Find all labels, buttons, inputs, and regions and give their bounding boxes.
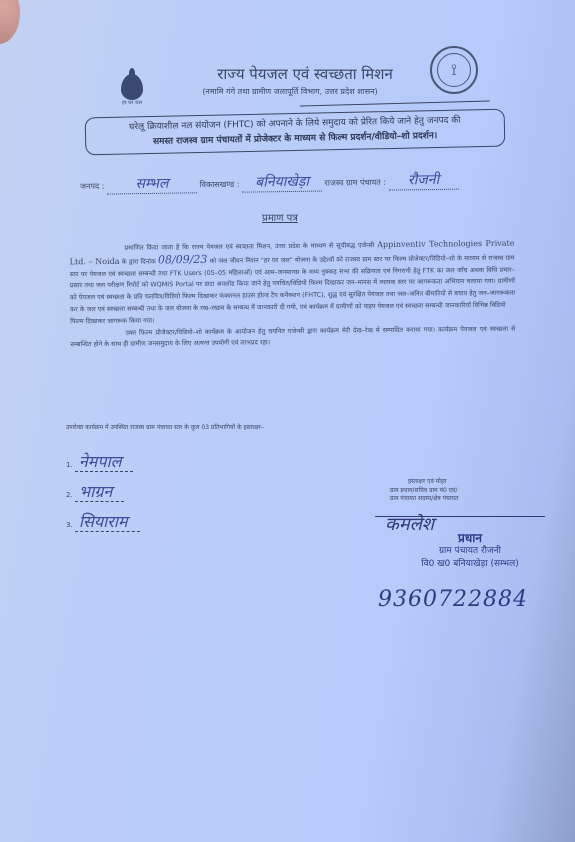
program-banner: घरेलू क्रियाशील नल संयोजन (FHTC) को अपना… bbox=[85, 109, 506, 156]
para1-start: प्रमाणित किया जाता है कि राज्य पेयजल एवं… bbox=[124, 241, 374, 252]
participant-signature-2: 2. भाग्रन bbox=[66, 480, 124, 502]
mission-subtitle: (नमामि गंगे तथा ग्रामीण जलापूर्ति विभाग,… bbox=[140, 86, 440, 97]
location-row: जनपद : सम्भल विकासखण्ड : बनियाखेड़ा राजस… bbox=[80, 169, 500, 195]
mission-title: राज्य पेयजल एवं स्वच्छता मिशन bbox=[175, 64, 435, 84]
paragraph-1: प्रमाणित किया जाता है कि राज्य पेयजल एवं… bbox=[69, 238, 515, 316]
sig-no: 2. bbox=[66, 491, 73, 499]
panchayat-value: रौजनी bbox=[388, 170, 458, 191]
panchayat-label: राजस्व ग्राम पंचायत : bbox=[325, 177, 387, 189]
district-value: सम्भल bbox=[107, 173, 197, 194]
program-date: 08/09/23 bbox=[158, 253, 208, 267]
stamp-line-1: ग्राम पंचायत रौजनी bbox=[400, 545, 540, 558]
district-label: जनपद : bbox=[80, 181, 105, 192]
sig-name: सियाराम bbox=[75, 512, 140, 532]
sig-name: नेमपाल bbox=[75, 452, 134, 472]
stamp-title: प्रधान bbox=[400, 532, 540, 545]
up-government-emblem-icon: ⟟ bbox=[430, 46, 478, 94]
photographer-finger bbox=[0, 0, 20, 44]
label-line-1: हस्ताक्षर एवं मोहर bbox=[390, 478, 520, 487]
handwritten-phone-number: 9360722884 bbox=[378, 587, 528, 612]
emblem-bow-fish-icon: ⟟ bbox=[437, 53, 471, 87]
sig-no: 1. bbox=[66, 461, 73, 469]
signatory-label: हस्ताक्षर एवं मोहर ग्राम प्रधान/सचिव ग्र… bbox=[390, 478, 520, 504]
logo-caption: हर घर जल bbox=[112, 100, 152, 106]
label-line-3: ग्राम पंचायत सदस्य/क्षेत्र पंचायत bbox=[390, 495, 520, 504]
label-line-2: ग्राम प्रधान/सचिव ग्राम पं0 एवं/ bbox=[390, 487, 520, 496]
stamp-line-2: वि0 ख0 बनियाखेड़ा (सम्भल) bbox=[400, 558, 540, 571]
participants-intro: उपरोक्त कार्यक्रम में उपस्थित राजस्व ग्र… bbox=[66, 423, 326, 433]
participant-signature-1: 1. नेमपाल bbox=[66, 450, 133, 472]
sig-no: 3. bbox=[66, 521, 73, 529]
block-value: बनियाखेड़ा bbox=[242, 172, 322, 193]
date-prefix: के द्वारा दिनांक bbox=[122, 257, 156, 265]
header-divider bbox=[300, 101, 490, 107]
paragraph-2: उक्त फिल्म प्रोजेक्टर/विडियो–शो कार्यक्र… bbox=[70, 323, 515, 351]
block-label: विकासखण्ड : bbox=[199, 179, 239, 191]
certificate-title: प्रमाण पत्र bbox=[262, 210, 298, 224]
participant-signature-3: 3. सियाराम bbox=[66, 510, 140, 532]
certificate-body: प्रमाणित किया जाता है कि राज्य पेयजल एवं… bbox=[69, 238, 515, 352]
sig-name: भाग्रन bbox=[75, 482, 124, 502]
pradhan-stamp: प्रधान ग्राम पंचायत रौजनी वि0 ख0 बनियाखे… bbox=[400, 532, 540, 571]
